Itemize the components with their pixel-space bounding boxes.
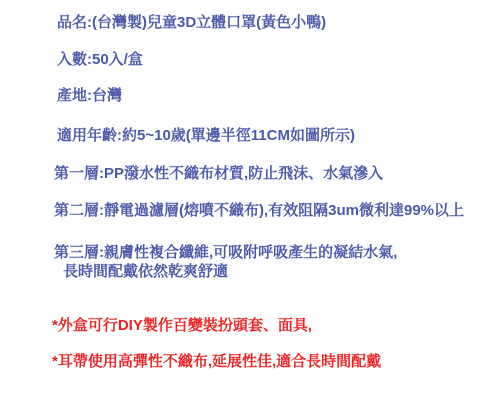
layer1-spec-line: 第一層:PP潑水性不織布材質,防止飛沫、水氣滲入	[54, 164, 383, 183]
product-description-page: 品名:(台灣製)兒童3D立體口罩(黃色小鴨) 入數:50入/盒 產地:台灣 適用…	[0, 0, 500, 400]
layer3-spec-second-row: 長時間配戴依然乾爽舒適	[54, 262, 397, 281]
age-range-line: 適用年齡:約5~10歲(單邊半徑11CM如圖所示)	[57, 126, 355, 145]
note-diy-line: *外盒可行DIY製作百變裝扮頭套、面具,	[52, 316, 312, 335]
product-name-line: 品名:(台灣製)兒童3D立體口罩(黃色小鴨)	[57, 13, 326, 32]
layer3-spec-first-row: 第三層:親膚性複合纖維,可吸附呼吸產生的凝結水氣,	[54, 243, 397, 262]
layer2-spec-line: 第二層:靜電過濾層(熔噴不織布),有效阻隔3um微利達99%以上	[54, 201, 464, 220]
layer3-spec-line: 第三層:親膚性複合纖維,可吸附呼吸產生的凝結水氣, 長時間配戴依然乾爽舒適	[54, 243, 397, 281]
quantity-line: 入數:50入/盒	[57, 50, 143, 69]
note-ear-band-line: *耳帶使用高彈性不織布,延展性佳,適合長時間配戴	[52, 352, 381, 371]
origin-line: 產地:台灣	[57, 86, 122, 105]
